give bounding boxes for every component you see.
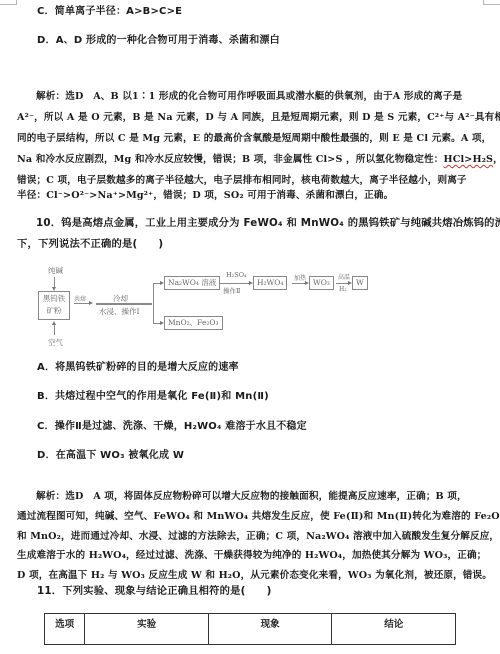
q9-option-c: C．简单离子半径：A>B>C>E xyxy=(37,5,182,19)
column-header-option: 选项 xyxy=(45,614,85,645)
explanation-line: 半径：Cl⁻>O²⁻>Na⁺>Mg²⁺，错误；D 项，SO₂ 可用于消毒、杀菌和… xyxy=(17,189,393,203)
ore-label: 黑钨铁 xyxy=(42,293,66,305)
ore-label: 矿粉 xyxy=(42,305,66,317)
flow-line xyxy=(292,283,306,284)
q10-stem: 下，下列说法不正确的是( ) xyxy=(17,237,163,251)
explanation-line: Na 和冷水反应剧烈，Mg 和冷水反应较慢，错误；B 项，非金属性 Cl>S ，… xyxy=(17,153,500,167)
ore-box: 黑钨铁 矿粉 xyxy=(38,291,70,320)
explanation-line: A²⁻，所以 A 是 O 元素，B 是 Na 元素，D 与 A 同族，且是短周期… xyxy=(17,111,500,125)
arrow-right-icon xyxy=(89,301,93,305)
step-label: H₂SO₄ xyxy=(226,271,247,279)
column-header-phenomenon: 现象 xyxy=(208,614,332,645)
q10-option-c: C．操作Ⅱ是过滤、洗涤、干燥，H₂WO₄ 难溶于水且不稳定 xyxy=(37,420,307,434)
flow-line xyxy=(96,303,152,305)
explanation-line: 生成难溶于水的 H₂WO₄，经过过滤、洗涤、干燥获得较为纯净的 H₂WO₄，加热… xyxy=(17,549,486,563)
q10-option-d: D．在高温下 WO₃ 被氧化成 W xyxy=(37,449,184,463)
step-label: 操作Ⅱ xyxy=(223,286,240,295)
q10-option-a: A．将黑钨铁矿粉碎的目的是增大反应的速率 xyxy=(37,361,239,375)
page-corner-mark xyxy=(0,0,17,5)
explanation-line: 解析：选D A 项，将固体反应物粉碎可以增大反应物的接触面积，能提高反应速率，正… xyxy=(36,490,467,504)
table-header-row: 选项 实验 现象 结论 xyxy=(45,614,456,645)
arrow-up-icon xyxy=(52,321,56,325)
q10-option-b: B．共熔过程中空气的作用是氧化 Fe(Ⅱ)和 Mn(Ⅱ) xyxy=(37,390,269,404)
spellcheck-underlined-formula: HCl>H₂S xyxy=(444,154,494,165)
q10-stem: 10．钨是高熔点金属，工业上用主要成分为 FeWO₄ 和 MnWO₄ 的黑钨铁矿… xyxy=(36,216,500,230)
flow-line xyxy=(220,283,250,284)
explanation-line: 通过流程图可知，纯碱、空气、FeWO₄ 和 MnWO₄ 共熔发生反应，使 Fe(… xyxy=(17,510,500,524)
tungsten-process-flowchart: 纯碱 黑钨铁 矿粉 空气 共熔 冷却 水浸、操作Ⅰ Na₂WO₄ 溶液 MnO₂… xyxy=(30,255,360,350)
explanation-line: 错误；C 项，电子层数越多的离子半径越大，电子层排布相同时，核电荷数越大，离子半… xyxy=(17,174,467,188)
explanation-text: Na 和冷水反应剧烈，Mg 和冷水反应较慢，错误；B 项，非金属性 Cl>S ，… xyxy=(17,154,444,165)
input-soda-ash: 纯碱 xyxy=(48,265,63,276)
explanation-line: 和 MnO₂，进而通过冷却、水浸、过滤的方法除去，正确；C 项，Na₂WO₄ 溶… xyxy=(17,530,499,544)
tungsten-box: W xyxy=(352,276,368,290)
q11-stem: 11．下列实验、现象与结论正确且相符的是( ) xyxy=(37,584,271,598)
flow-line xyxy=(153,283,154,323)
na2wo4-solution-box: Na₂WO₄ 溶液 xyxy=(164,276,220,290)
explanation-line: 同的电子层结构，所以 C 是 Mg 元素，E 的最高价含氧酸是短周期中酸性最强的… xyxy=(17,132,491,146)
q9-option-d: D．A、D 形成的一种化合物可用于消毒、杀菌和漂白 xyxy=(37,34,280,48)
mno2-fe2o3-box: MnO₂、Fe₂O₃ xyxy=(164,316,223,330)
step-label: 共熔 xyxy=(74,294,86,303)
step-label: 高温 xyxy=(338,272,350,281)
explanation-line: D 项，在高温下 H₂ 与 WO₃ 反应生成 W 和 H₂O，从元素价态变化来看… xyxy=(17,569,492,583)
step-label: H₂ xyxy=(339,286,347,293)
input-air: 空气 xyxy=(48,337,63,348)
h2wo4-box: H₂WO₄ xyxy=(253,276,287,290)
wo3-box: WO₃ xyxy=(309,276,334,290)
flow-line xyxy=(74,303,90,304)
explanation-line: 解析：选D A、B 以1∶1 形成的化合物可用作呼吸面具或潜水艇的供氧剂，由于A… xyxy=(36,90,462,104)
page-corner-mark xyxy=(483,0,500,5)
column-header-conclusion: 结论 xyxy=(332,614,456,645)
step-label: 水浸、操作Ⅰ xyxy=(99,306,139,317)
punctuation: ， xyxy=(493,154,500,165)
q11-table: 选项 实验 现象 结论 xyxy=(44,613,456,645)
column-header-experiment: 实验 xyxy=(85,614,209,645)
